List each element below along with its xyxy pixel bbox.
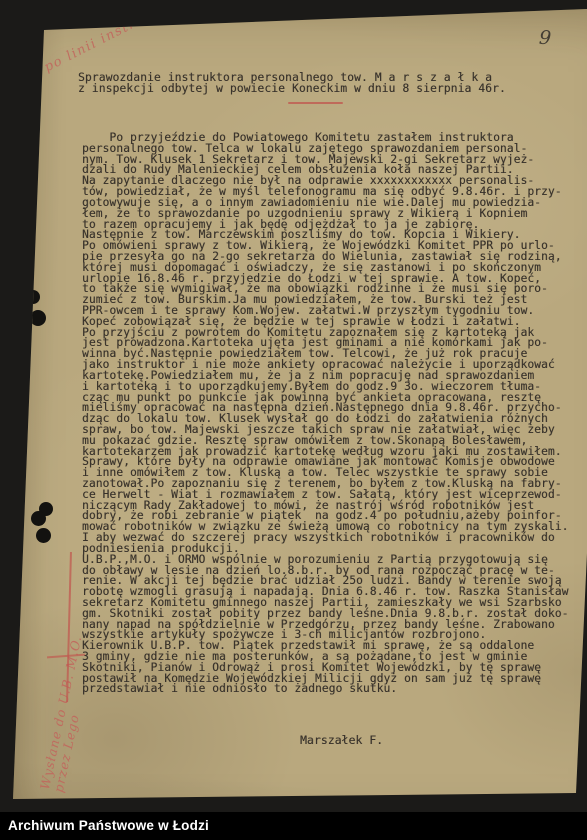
archive-name: Archiwum Państwowe w Łodzi	[0, 812, 587, 840]
signature: Marszałek F.	[300, 733, 383, 747]
red-underline-koneckim	[288, 102, 343, 104]
archive-watermark-bar: Archiwum Państwowe w Łodzi	[0, 812, 587, 840]
page-number: 9	[538, 27, 552, 50]
handwritten-note-top-left: po linii instr.	[42, 3, 165, 75]
body-line: przedstawiał i nie odniosło to żadnego s…	[82, 684, 568, 695]
ink-blot	[36, 528, 51, 543]
scanned-document-page: po linii instr. 9 Sprawozdanie instrukto…	[0, 0, 587, 840]
document-title: Sprawozdanie instruktora personalnego to…	[78, 72, 506, 94]
ink-blot	[27, 314, 34, 319]
ink-blot	[26, 290, 40, 304]
title-line-2: z inspekcji odbytej w powiecie Koneckim …	[78, 82, 506, 95]
paper-sheet: po linii instr. 9 Sprawozdanie instrukto…	[0, 0, 587, 840]
document-body: Po przyjeździe do Powiatowego Komitetu z…	[82, 133, 568, 695]
ink-blot	[31, 511, 46, 526]
